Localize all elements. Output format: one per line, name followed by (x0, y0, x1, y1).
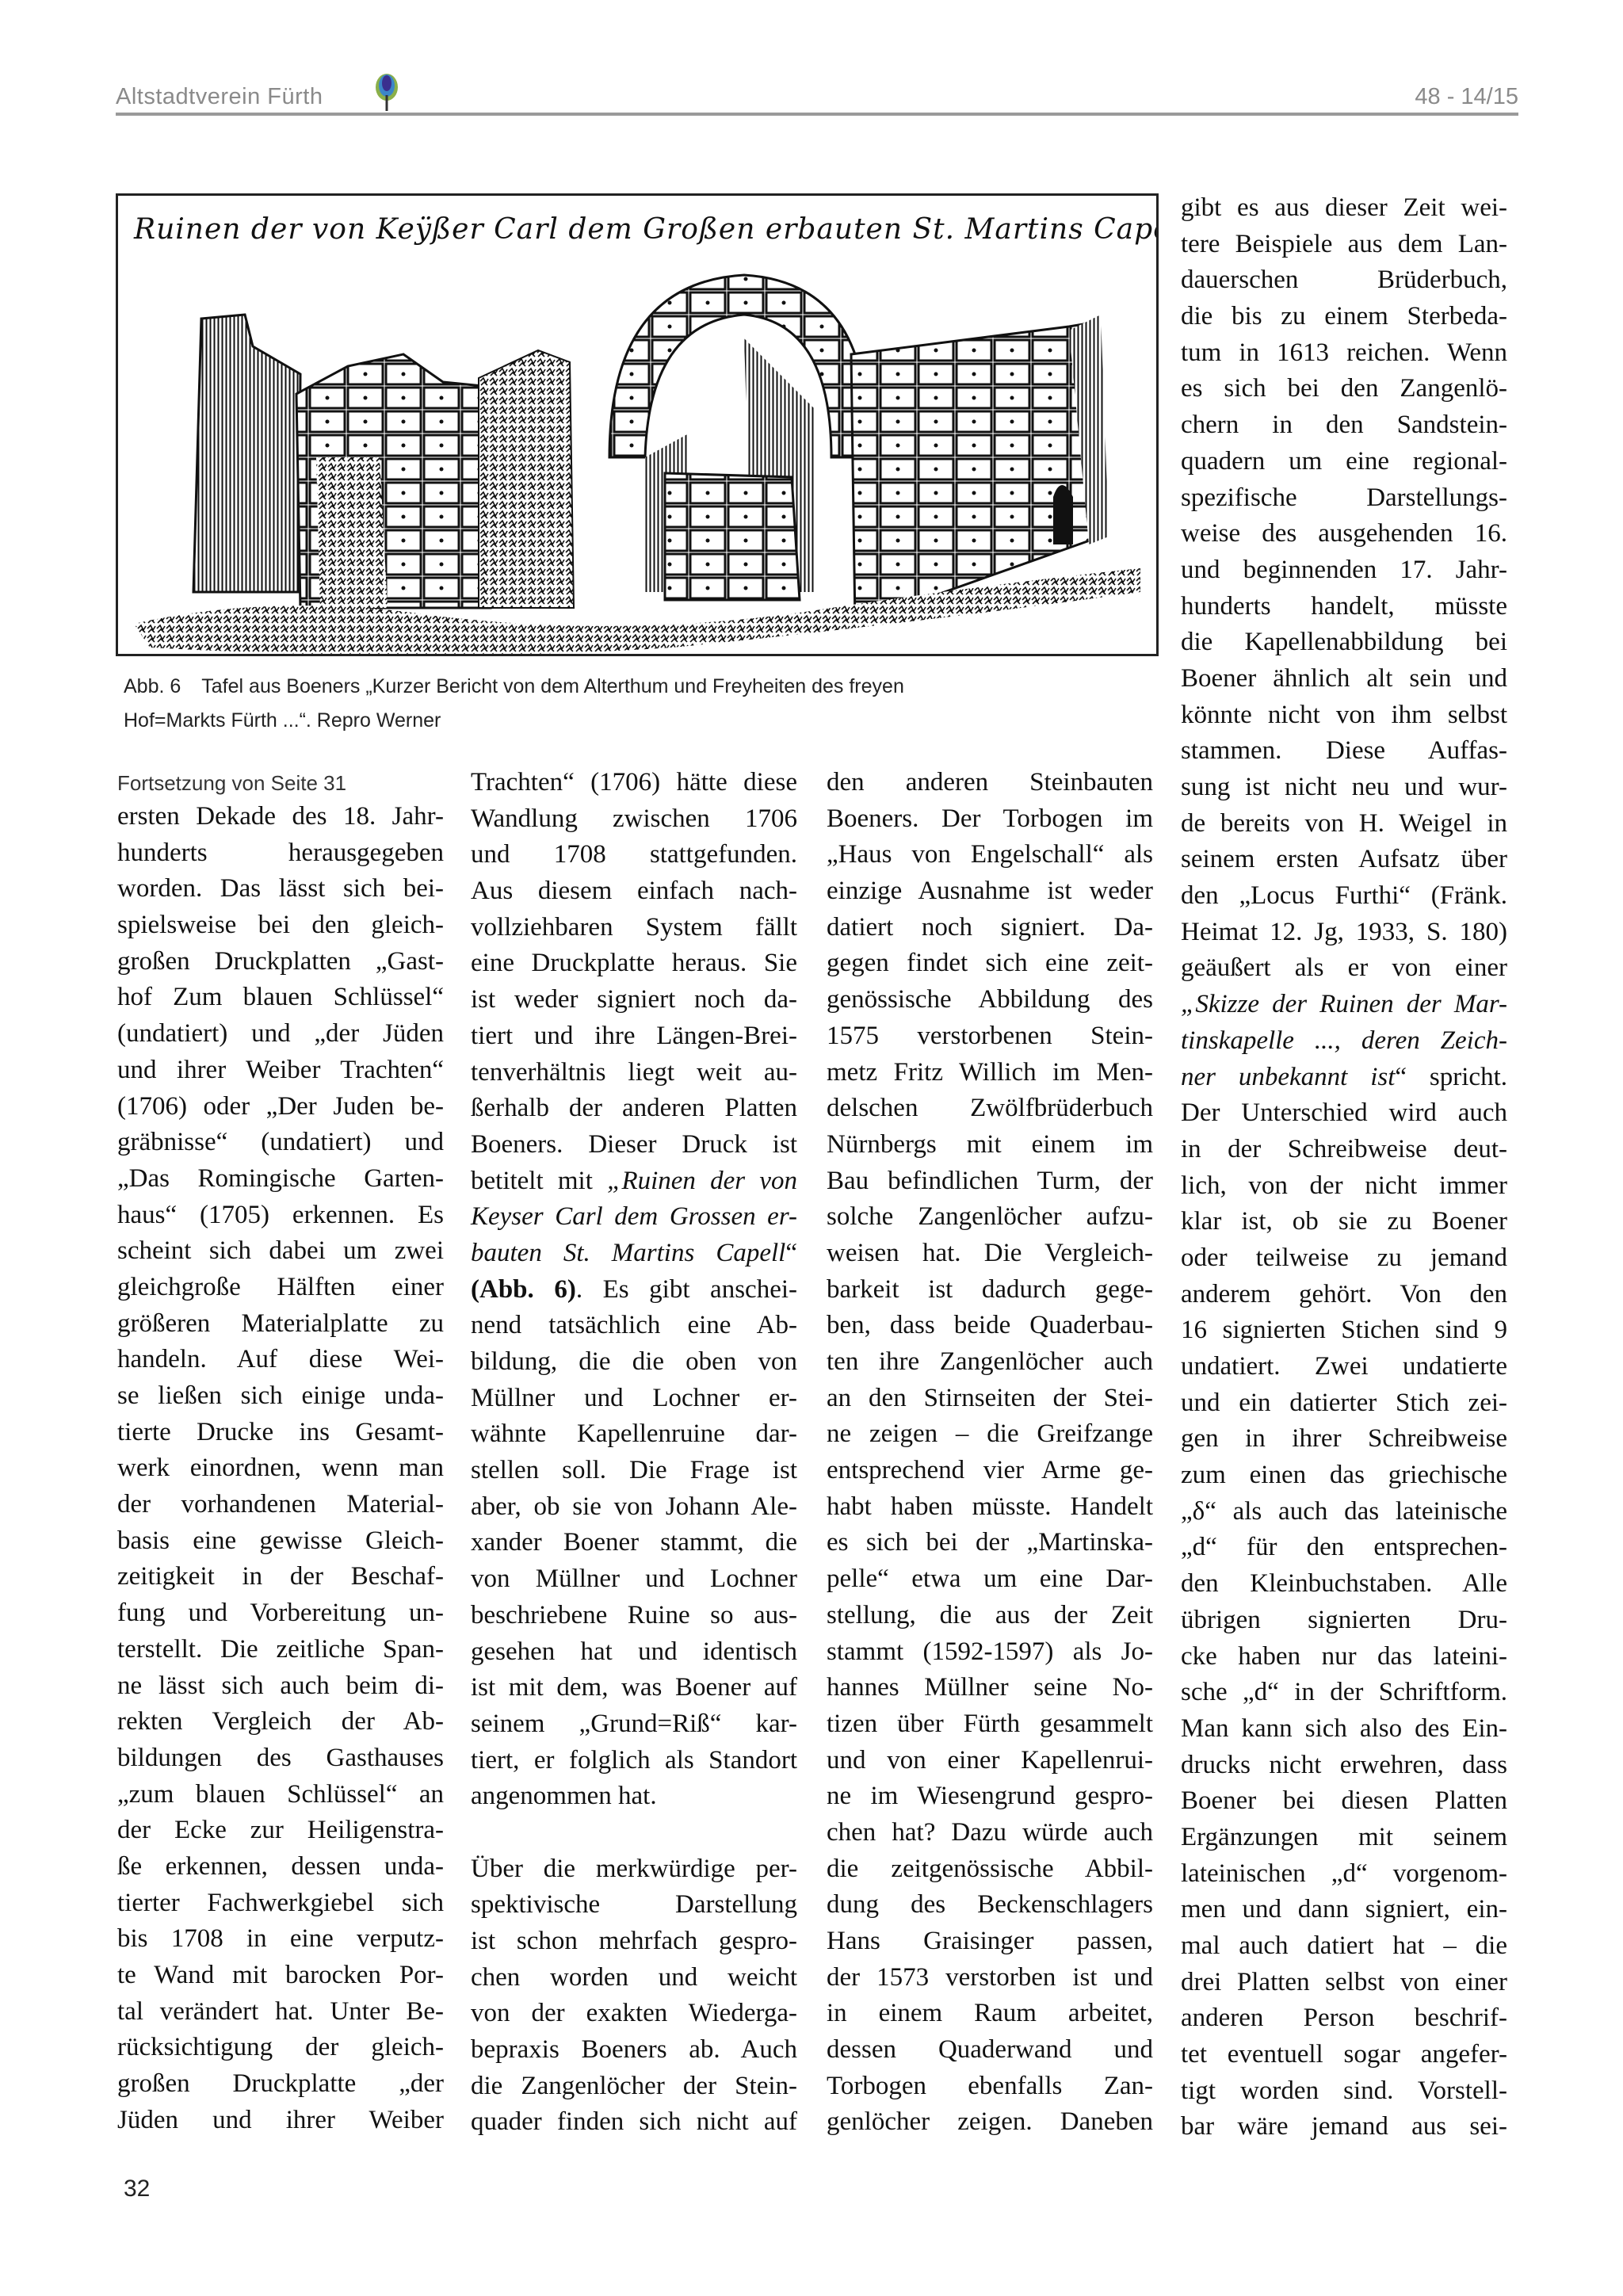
text-line: undatiert. Zwei undatierte (1181, 1349, 1507, 1385)
text-line: und beginnenden 17. Jahr- (1181, 552, 1507, 589)
text-line: tum in 1613 reichen. Wenn (1181, 335, 1507, 372)
italic-quote: tinskapelle ..., deren Zeich- (1181, 1026, 1507, 1055)
text-line: angenommen hat. (471, 1778, 797, 1815)
text-line: und von einer Kapellenrui- (827, 1743, 1153, 1779)
text-line: anderem gehört. Von den (1181, 1277, 1507, 1313)
text-line: tigt worden sind. Vorstell- (1181, 2073, 1507, 2110)
text-line: lateinischen „d“ vorgenom- (1181, 1856, 1507, 1893)
publication-title: Altstadtverein Fürth (116, 84, 323, 110)
text-line: „Haus von Engelschall“ als (827, 837, 1153, 873)
text-line: großen Druckplatte „der (117, 2066, 444, 2103)
text-line: weisen hat. Die Vergleich- (827, 1236, 1153, 1272)
text-line: ist mit dem, was Boener auf (471, 1670, 797, 1706)
text-line: ne zeigen – die Greifzange (827, 1416, 1153, 1453)
text-line: rekten Vergleich der Ab- (117, 1704, 444, 1740)
text-line: „Das Romingische Garten- (117, 1161, 444, 1198)
text-line: ben, dass beide Quaderbau- (827, 1308, 1153, 1344)
text-line: der Ecke zur Heiligenstra- (117, 1813, 444, 1849)
text-line: den „Locus Furthi“ (Fränk. (1181, 878, 1507, 915)
text-line: bauten St. Martins Capell“ (471, 1236, 797, 1272)
text-line: rücksichtigung der gleich- (117, 2030, 444, 2066)
text-line: Der Unterschied wird auch (1181, 1095, 1507, 1132)
text-line: datiert noch signiert. Da- (827, 910, 1153, 946)
italic-quote: „Skizze der Ruinen der Mar- (1181, 990, 1507, 1018)
text-column-2: Trachten“ (1706) hätte dieseWandlung zwi… (471, 765, 797, 2141)
text-line: es sich bei der „Martinska- (827, 1525, 1153, 1561)
text-line: spezifische Darstellungs- (1181, 480, 1507, 517)
italic-quote: „Ruinen der von (607, 1167, 797, 1195)
figure-caption: Abb. 6Tafel aus Boeners „Kurzer Bericht … (124, 670, 1154, 738)
text-line: übrigen signierten Dru- (1181, 1603, 1507, 1639)
header-rule (116, 113, 1518, 116)
text-line: die bis zu einem Sterbeda- (1181, 299, 1507, 335)
text-line: tere Beispiele aus dem Lan- (1181, 227, 1507, 263)
text-line: „zum blauen Schlüssel“ an (117, 1777, 444, 1813)
text-line: drucks nicht erwehren, dass (1181, 1748, 1507, 1784)
text-line: und ein datierter Stich zei- (1181, 1385, 1507, 1422)
text-line: hunderts handelt, müsste (1181, 589, 1507, 625)
text-line: ersten Dekade des 18. Jahr- (117, 799, 444, 835)
text-line: worden. Das lässt sich bei- (117, 871, 444, 907)
caption-text-line2: Hof=Markts Fürth ...“. Repro Werner (124, 704, 1154, 738)
text-line: gegen findet sich eine zeit- (827, 946, 1153, 982)
text-line: genlöcher zeigen. Daneben (827, 2104, 1153, 2141)
text-line: Wandlung zwischen 1706 (471, 801, 797, 838)
text-line: cke haben nur das lateini- (1181, 1639, 1507, 1675)
text-line: 16 signierten Stichen sind 9 (1181, 1312, 1507, 1349)
text-line: den anderen Steinbauten (827, 765, 1153, 801)
text-line: drei Platten selbst von einer (1181, 1965, 1507, 2001)
text-line: großen Druckplatten „Gast- (117, 944, 444, 980)
text-line: Keyser Carl dem Grossen er- (471, 1199, 797, 1236)
column-4-body-b: Der Unterschied wird auchin der Schreibw… (1181, 1095, 1507, 2145)
text-line: Nürnbergs mit einem im (827, 1127, 1153, 1163)
figure-engraving: Ruinen der von Keÿßer Carl dem Großen er… (116, 193, 1159, 656)
text-line: spielsweise bei den gleich- (117, 907, 444, 944)
text-line: Man kann sich also des Ein- (1181, 1711, 1507, 1748)
text-line: zeitigkeit in der Beschaf- (117, 1559, 444, 1595)
text-line: beschriebene Ruine so aus- (471, 1598, 797, 1634)
text-line: einzige Ausnahme ist weder (827, 873, 1153, 910)
text-line: an den Stirnseiten der Stei- (827, 1381, 1153, 1417)
column-1-body: ersten Dekade des 18. Jahr-hunderts hera… (117, 799, 444, 2138)
text-line: mal auch datiert hat – die (1181, 1928, 1507, 1965)
text-line: tizen über Fürth gesammelt (827, 1706, 1153, 1743)
text-line: Boeners. Dieser Druck ist (471, 1127, 797, 1163)
column-4-body-a: gibt es aus dieser Zeit wei-tere Beispie… (1181, 190, 1507, 987)
tree-logo-icon (373, 73, 400, 111)
text-line: dauerschen Brüderbuch, (1181, 262, 1507, 299)
text-line: Boener bei diesen Platten (1181, 1783, 1507, 1820)
text-line: (1706) oder „Der Juden be- (117, 1089, 444, 1125)
italic-quote: ner unbekannt ist (1181, 1063, 1395, 1091)
text-line: bepraxis Boeners ab. Auch (471, 2032, 797, 2069)
text-line: scheint sich dabei um zwei (117, 1233, 444, 1270)
text-line: wähnte Kapellenruine dar- (471, 1416, 797, 1453)
text-line: Bau befindlichen Turm, der (827, 1163, 1153, 1200)
text-line: „δ“ als auch das lateinische (1181, 1494, 1507, 1530)
text-line: spektivische Darstellung (471, 1887, 797, 1924)
text-line: fung und Vorbereitung un- (117, 1595, 444, 1632)
text-line: ne lässt sich auch beim di- (117, 1668, 444, 1705)
text-line: tiert und ihre Längen-Brei- (471, 1018, 797, 1055)
text-line: chen hat? Dazu würde auch (827, 1815, 1153, 1851)
text-line: (Abb. 6). Es gibt anschei- (471, 1272, 797, 1308)
text-line: quadern um eine regional- (1181, 444, 1507, 480)
text-line: bar wäre jemand aus sei- (1181, 2109, 1507, 2145)
text-line: lich, von der nicht immer (1181, 1168, 1507, 1205)
text-line: te Wand mit barocken Por- (117, 1958, 444, 1994)
text-line: es sich bei den Zangenlö- (1181, 371, 1507, 407)
text-line: metz Fritz Willich im Men- (827, 1055, 1153, 1091)
text-line: ner unbekannt ist“ spricht. (1181, 1060, 1507, 1096)
text-line: seinem „Grund=Riß“ kar- (471, 1706, 797, 1743)
text-line: haus“ (1705) erkennen. Es (117, 1198, 444, 1234)
text-line: gleichgroße Hälften einer (117, 1270, 444, 1306)
text-line: „Skizze der Ruinen der Mar- (1181, 987, 1507, 1023)
chapel-ruins-engraving (118, 196, 1159, 656)
text-line: werk einordnen, wenn man (117, 1450, 444, 1487)
text-line: dessen Quaderwand und (827, 2032, 1153, 2069)
text-line: tierter Fachwerkgiebel sich (117, 1885, 444, 1922)
text-line: klar ist, ob sie zu Boener (1181, 1204, 1507, 1240)
text-line: aber, ob sie von Johann Ale- (471, 1489, 797, 1526)
text-line: handeln. Auf diese Wei- (117, 1342, 444, 1378)
text-line: vollziehbaren System fällt (471, 910, 797, 946)
text-line: pelle“ etwa um eine Dar- (827, 1561, 1153, 1598)
text-line: gen in ihrer Schreibweise (1181, 1421, 1507, 1457)
text-line: xander Boener stammt, die (471, 1525, 797, 1561)
text-line: betitelt mit „Ruinen der von (471, 1163, 797, 1200)
text-line: Über die merkwürdige per- (471, 1851, 797, 1888)
text-line: hof Zum blauen Schlüssel“ (117, 980, 444, 1016)
text-line: Trachten“ (1706) hätte diese (471, 765, 797, 801)
text-line: Jüden und ihrer Weiber (117, 2103, 444, 2139)
text-line: ßerhalb der anderen Platten (471, 1091, 797, 1127)
text-line: den Kleinbuchstaben. Alle (1181, 1566, 1507, 1603)
text-line: in der Schreibweise deut- (1181, 1132, 1507, 1168)
text-line: genössische Abbildung des (827, 982, 1153, 1018)
text-line: eine Druckplatte heraus. Sie (471, 946, 797, 982)
text-line: anderen Person beschrif- (1181, 2000, 1507, 2037)
text-line: könnte nicht von ihm selbst (1181, 697, 1507, 734)
text-line: barkeit ist dadurch gege- (827, 1272, 1153, 1308)
text-line: in einem Raum arbeitet, (827, 1996, 1153, 2032)
text-line: Aus diesem einfach nach- (471, 873, 797, 910)
continuation-note: Fortsetzung von Seite 31 (117, 767, 444, 799)
text-line: der 1573 verstorben ist und (827, 1960, 1153, 1996)
text-line: chen worden und weicht (471, 1960, 797, 1996)
text-line: terstellt. Die zeitliche Span- (117, 1632, 444, 1668)
text-line: die zeitgenössische Abbil- (827, 1851, 1153, 1888)
text-line: bis 1708 in eine verputz- (117, 1921, 444, 1958)
text-line: ne im Wiesengrund gespro- (827, 1778, 1153, 1815)
text-line: bildung, die die oben von (471, 1344, 797, 1381)
text-line: tal verändert hat. Unter Be- (117, 1994, 444, 2030)
page-number: 32 (124, 2176, 150, 2202)
text-line: Boener ähnlich alt sein und (1181, 661, 1507, 697)
text-line: tierte Drucke ins Gesamt- (117, 1415, 444, 1451)
text-line: „d“ für den entsprechen- (1181, 1530, 1507, 1566)
issue-number: 48 - 14/15 (1415, 84, 1518, 110)
column-2-body-c: Über die merkwürdige per-spektivische Da… (471, 1851, 797, 2141)
text-line: gesehen hat und identisch (471, 1634, 797, 1671)
text-line: größeren Materialplatte zu (117, 1306, 444, 1343)
column-2-body-a: Trachten“ (1706) hätte dieseWandlung zwi… (471, 765, 797, 1163)
text-line: geäußert als er von einer (1181, 950, 1507, 987)
text-line: stellung, die aus der Zeit (827, 1598, 1153, 1634)
text-column-3: den anderen SteinbautenBoeners. Der Torb… (827, 765, 1153, 2141)
text-line: delschen Zwölfbrüderbuch (827, 1091, 1153, 1127)
italic-quote: Keyser Carl dem Grossen er- (471, 1202, 797, 1231)
text-line: und ihrer Weiber Trachten“ (117, 1052, 444, 1089)
text-line: habt haben müsste. Handelt (827, 1489, 1153, 1526)
text-line: sche „d“ in der Schriftform. (1181, 1675, 1507, 1711)
text-line: tiert, er folglich als Standort (471, 1743, 797, 1779)
text-line: tet eventuell sogar angefer- (1181, 2037, 1507, 2073)
text-line: men und dann signiert, ein- (1181, 1892, 1507, 1928)
text-column-4: gibt es aus dieser Zeit wei-tere Beispie… (1181, 190, 1507, 2145)
caption-label: Abb. 6 (124, 675, 181, 697)
column-3-body: den anderen SteinbautenBoeners. Der Torb… (827, 765, 1153, 2141)
italic-quote: bauten St. Martins Capell (471, 1239, 785, 1267)
text-line: ist weder signiert noch da- (471, 982, 797, 1018)
text-line: der vorhandenen Material- (117, 1487, 444, 1523)
text-line: von Müllner und Lochner (471, 1561, 797, 1598)
text-line: stammt (1592-1597) als Jo- (827, 1634, 1153, 1671)
text-line: stammen. Diese Auffas- (1181, 733, 1507, 770)
text-line: bildungen des Gasthauses (117, 1740, 444, 1777)
text-line: ten ihre Zangenlöcher auch (827, 1344, 1153, 1381)
text-line: basis eine gewisse Gleich- (117, 1523, 444, 1560)
text-line: gibt es aus dieser Zeit wei- (1181, 190, 1507, 227)
caption-text-line1: Tafel aus Boeners „Kurzer Bericht von de… (201, 675, 904, 697)
text-line: ist schon mehrfach gespro- (471, 1924, 797, 1960)
text-line: 1575 verstorbenen Stein- (827, 1018, 1153, 1055)
text-line: Müllner und Lochner er- (471, 1381, 797, 1417)
text-line: hannes Müllner seine No- (827, 1670, 1153, 1706)
running-header: Altstadtverein Fürth 48 - 14/15 (116, 73, 1518, 114)
text-line: de bereits von H. Weigel in (1181, 806, 1507, 842)
figure-reference: (Abb. 6) (471, 1275, 576, 1304)
text-line: hunderts herausgegeben (117, 835, 444, 872)
text-line: und 1708 stattgefunden. (471, 837, 797, 873)
text-line: die Kapellenabbildung bei (1181, 625, 1507, 661)
text-line: quader finden sich nicht auf (471, 2104, 797, 2141)
text-line: solche Zangenlöcher aufzu- (827, 1199, 1153, 1236)
text-line: entsprechend vier Arme ge- (827, 1453, 1153, 1489)
text-line: stellen soll. Die Frage ist (471, 1453, 797, 1489)
text-line: weise des ausgehenden 16. (1181, 516, 1507, 552)
text-line: ße erkennen, dessen unda- (117, 1849, 444, 1885)
text-line: oder teilweise zu jemand (1181, 1240, 1507, 1277)
column-2-body-b: nend tatsächlich eine Ab-bildung, die di… (471, 1308, 797, 1815)
text-line: die Zangenlöcher der Stein- (471, 2069, 797, 2105)
text-line: nend tatsächlich eine Ab- (471, 1308, 797, 1344)
text-line: gräbnisse“ (undatiert) und (117, 1125, 444, 1161)
text-column-1: Fortsetzung von Seite 31 ersten Dekade d… (117, 767, 444, 2138)
text-line: Torbogen ebenfalls Zan- (827, 2069, 1153, 2105)
engraving-title: Ruinen der von Keÿßer Carl dem Großen er… (134, 213, 1140, 246)
text-line: tinskapelle ..., deren Zeich- (1181, 1023, 1507, 1060)
text-line: tenverhältnis liegt weit au- (471, 1055, 797, 1091)
text-line: se ließen sich einige unda- (117, 1378, 444, 1415)
text-line: Hans Graisinger passen, (827, 1924, 1153, 1960)
text-line: (undatiert) und „der Jüden (117, 1016, 444, 1052)
text-line: seinem ersten Aufsatz über (1181, 842, 1507, 878)
text-line: von der exakten Wiederga- (471, 1996, 797, 2032)
text-line: zum einen das griechische (1181, 1457, 1507, 1494)
text-line: dung des Beckenschlagers (827, 1887, 1153, 1924)
text-line: Boeners. Der Torbogen im (827, 801, 1153, 838)
text-line: Heimat 12. Jg, 1933, S. 180) (1181, 915, 1507, 951)
text-line: Ergänzungen mit seinem (1181, 1820, 1507, 1856)
text-line: sung ist nicht neu und wur- (1181, 770, 1507, 806)
text-line: chern in den Sandstein- (1181, 407, 1507, 444)
